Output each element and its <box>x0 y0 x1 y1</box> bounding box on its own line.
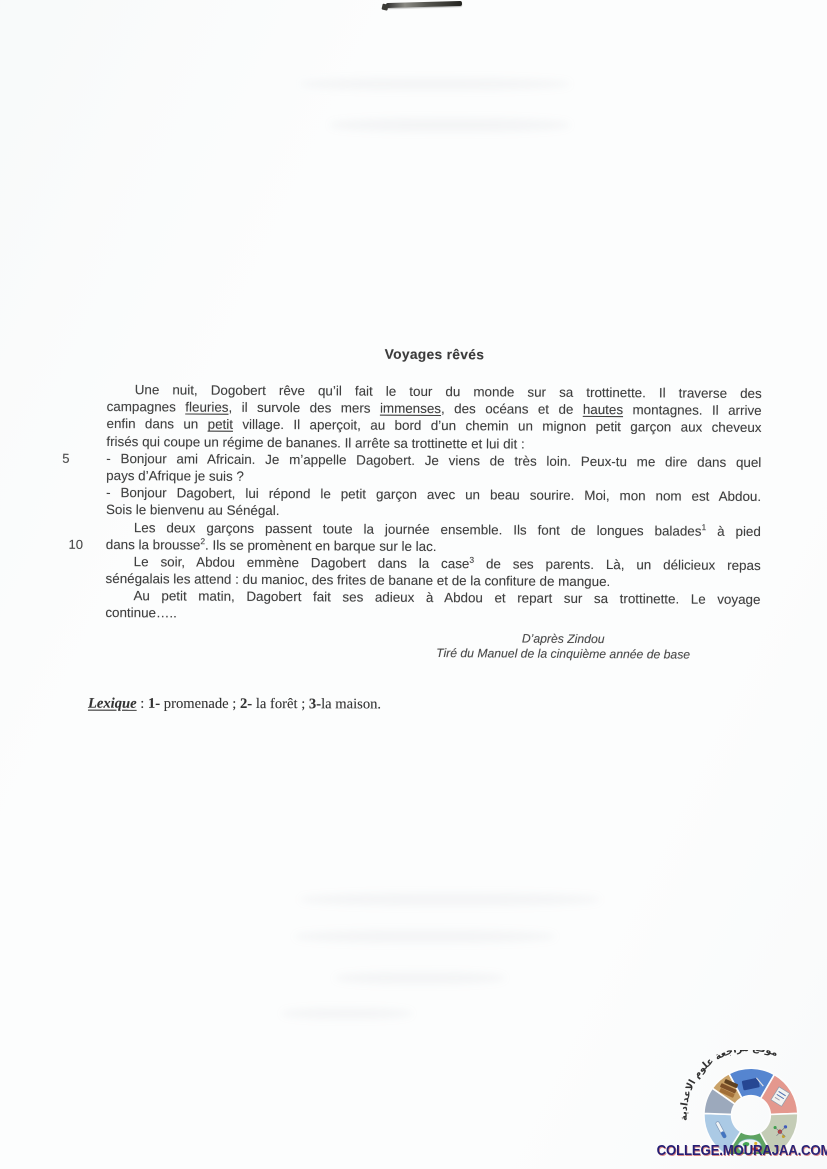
attribution-source: Tiré du Manuel de la cinquième année de … <box>338 646 788 664</box>
text-segment: de ses parents. Là, un délicieux repas <box>474 556 761 573</box>
text-lines: Une nuit, Dogobert rêve qu’il fait le to… <box>105 381 761 626</box>
scanner-artifact <box>386 1 462 8</box>
bleedthrough-smudge <box>300 78 570 90</box>
text-segment: campagnes <box>107 399 186 414</box>
lexique-line: Lexique : 1- promenade ; 2- la forêt ; 3… <box>88 696 381 714</box>
text-segment: . Ils se promènent en barque sur le lac. <box>205 537 437 553</box>
underlined-word: fleuries <box>185 400 228 415</box>
text-segment: village. Il aperçoit, au bord d’un chemi… <box>233 417 762 435</box>
reading-text-block: Voyages rêvés Une nuit, Dogobert rêve qu… <box>105 345 762 664</box>
text-segment: , des océans et de <box>441 401 583 417</box>
bleedthrough-smudge <box>295 930 555 943</box>
text-segment: frisés qui coupe un régime de bananes. I… <box>106 434 524 452</box>
text-line: continue….. <box>105 604 760 625</box>
text-segment: sénégalais les attend : du manioc, des f… <box>106 571 611 589</box>
text-segment: Les deux garçons passent toute la journé… <box>134 520 702 538</box>
logo-graphic: موقع مراجعة علوم الاعدادية <box>668 1050 820 1154</box>
text-segment: Sois le bienvenu au Sénégal. <box>106 502 280 518</box>
lexique-entry-text: la forêt ; <box>252 696 309 712</box>
underlined-word: immenses <box>380 401 441 416</box>
text-segment: à pied <box>706 523 761 538</box>
bleedthrough-smudge <box>335 972 505 984</box>
attribution: D’après Zindou Tiré du Manuel de la cinq… <box>338 630 788 664</box>
underlined-word: petit <box>208 417 233 432</box>
text-segment: continue….. <box>105 605 177 620</box>
line-number: 10 <box>62 535 90 552</box>
scanned-document-page: Voyages rêvés Une nuit, Dogobert rêve qu… <box>0 0 827 1169</box>
lexique-entries: 1- promenade ; 2- la forêt ; 3-la maison… <box>148 696 381 713</box>
lexique-entry-number: 2- <box>240 696 252 712</box>
site-url: COLLEGE.MOURAJAA.COM <box>651 1142 827 1159</box>
bleedthrough-smudge <box>282 1008 412 1019</box>
lexique-entry-text: la maison. <box>321 696 381 712</box>
bleedthrough-smudge <box>300 893 600 906</box>
lexique-colon: : <box>137 696 148 712</box>
underlined-word: hautes <box>583 402 623 417</box>
bleedthrough-smudge <box>330 118 570 132</box>
lexique-entry-number: 1- <box>148 696 160 712</box>
lexique-entry-number: 3- <box>309 696 321 712</box>
text-segment: , il survole des mers <box>228 400 380 416</box>
text-segment: dans la brousse <box>106 537 201 553</box>
text-segment: enfin dans un <box>106 416 207 432</box>
text-segment: Le soir, Abdou emmène Dagobert dans la c… <box>134 554 470 571</box>
lexique-entry-text: promenade ; <box>160 696 240 712</box>
text-segment: pays d’Afrique je suis ? <box>106 468 244 484</box>
lexique-label: Lexique <box>88 696 137 712</box>
document-title: Voyages rêvés <box>107 345 762 364</box>
college-mourajaa-logo: موقع مراجعة علوم الاعدادية COLLEGE.MOURA… <box>668 1050 820 1169</box>
line-number: 5 <box>62 449 90 466</box>
text-segment: montagnes. Il arrive <box>623 402 762 418</box>
